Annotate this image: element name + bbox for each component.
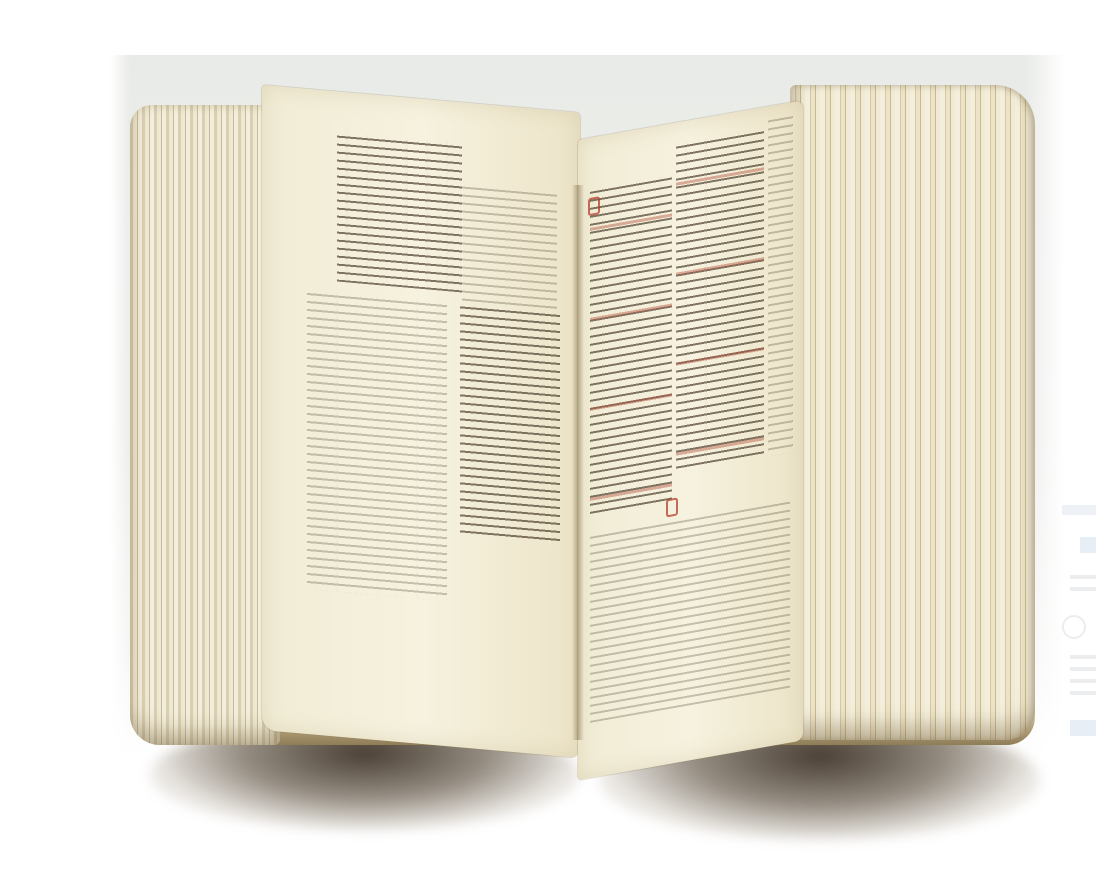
ghost-text-line [1070, 679, 1096, 683]
left-page [262, 85, 580, 758]
red-initial-icon [666, 497, 678, 517]
left-page-column-2-faded-text [462, 182, 557, 310]
right-page-gloss-block [590, 498, 790, 723]
ghost-header-bar [1062, 505, 1096, 515]
right-page [578, 100, 803, 780]
ghosted-background-ui [1062, 495, 1096, 755]
right-page-stack [790, 85, 1035, 740]
right-page-column-1-text [590, 173, 672, 517]
ghost-text-line [1070, 667, 1096, 671]
right-page-column-2-text [676, 127, 764, 473]
red-initial-icon [588, 196, 600, 216]
left-page-column-1-faded-text [307, 289, 447, 601]
left-page-column-1-upper-text [337, 132, 462, 293]
ghost-text-line [1070, 587, 1096, 591]
left-page-stack [130, 105, 280, 745]
ghost-avatar-icon [1062, 615, 1086, 639]
ghost-text-line [1070, 691, 1096, 695]
ghost-button-icon [1080, 537, 1096, 553]
ghost-text-line [1070, 575, 1096, 579]
left-page-column-2-text [460, 302, 560, 546]
right-page-margin-notes [768, 112, 793, 456]
book-gutter [572, 185, 584, 740]
ghost-text-line [1070, 655, 1096, 659]
ghost-button-icon [1070, 720, 1096, 736]
photo-stage: An open handwritten medieval manuscript … [0, 0, 1096, 891]
